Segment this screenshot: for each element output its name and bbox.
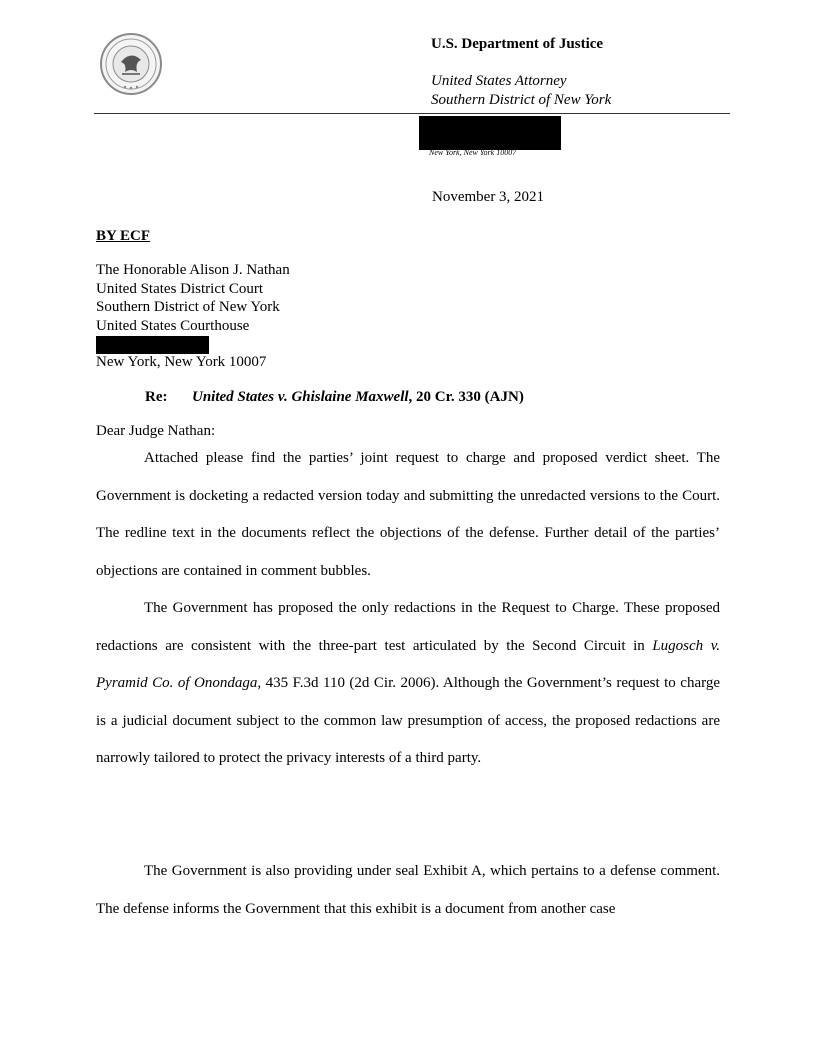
letterhead-divider: [94, 113, 730, 114]
office-address-city: New York, New York 10007: [429, 148, 516, 157]
letter-date: November 3, 2021: [432, 189, 544, 206]
recipient-line: Southern District of New York: [96, 299, 280, 316]
redaction-block: [96, 336, 209, 354]
salutation: Dear Judge Nathan:: [96, 423, 215, 440]
case-number: , 20 Cr. 330 (AJN): [409, 389, 524, 405]
office-title: United States Attorney: [431, 73, 567, 90]
re-subject: United States v. Ghislaine Maxwell, 20 C…: [192, 389, 524, 406]
recipient-line: United States District Court: [96, 281, 263, 298]
department-name: U.S. Department of Justice: [431, 36, 603, 53]
re-label: Re:: [145, 389, 168, 406]
body-paragraph: The Government is also providing under s…: [96, 853, 720, 928]
delivery-method: BY ECF: [96, 228, 150, 245]
redaction-block: [419, 116, 561, 150]
recipient-line: The Honorable Alison J. Nathan: [96, 262, 290, 279]
office-district: Southern District of New York: [431, 92, 611, 109]
recipient-city-line: New York, New York 10007: [96, 354, 266, 371]
doj-seal-icon: [95, 32, 167, 96]
body-paragraph: The Government has proposed the only red…: [96, 590, 720, 778]
recipient-line: United States Courthouse: [96, 318, 249, 335]
paragraph-text: The Government has proposed the only red…: [96, 600, 720, 654]
body-paragraph: Attached please find the parties’ joint …: [96, 440, 720, 590]
case-name: United States v. Ghislaine Maxwell: [192, 389, 409, 405]
